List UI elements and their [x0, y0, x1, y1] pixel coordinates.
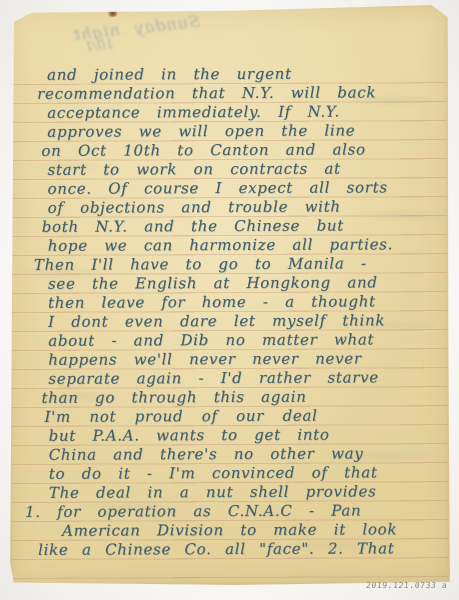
letter-line: recommendation that N.Y. will back: [20, 83, 438, 104]
bleed-through-date: Sunday night 10/1: [35, 12, 202, 61]
letter-line: 1. for operation as C.N.A.C - Pan: [22, 501, 440, 522]
scan-background: Sunday night 10/1 and joined in the urge…: [0, 0, 459, 600]
letter-line: than go through this again: [21, 387, 439, 408]
letter-line: and joined in the urgent: [20, 64, 438, 85]
letter-line: about - and Dib no matter what: [21, 330, 439, 351]
letter-line: once. Of course I expect all sorts: [20, 178, 438, 199]
letter-line: but P.A.A. wants to get into: [22, 425, 440, 446]
letter-line: American Division to make it look: [22, 520, 440, 541]
accession-number: 2019.121.0733 a: [366, 581, 448, 590]
letter-line: The deal in a nut shell provides: [22, 482, 440, 503]
letter-line: start to work on contracts at: [20, 159, 438, 180]
letter-line: then leave for home - a thought: [21, 292, 439, 313]
letter-line: see the English at Hongkong and: [21, 273, 439, 294]
paper-stain: [108, 9, 118, 17]
letter-body: and joined in the urgent recommendation …: [20, 64, 440, 560]
letter-line: of objections and trouble with: [21, 197, 439, 218]
bleed-date-number: 10/1: [36, 37, 114, 60]
letter-line: acceptance immediately. If N.Y.: [20, 102, 438, 123]
letter-paper: Sunday night 10/1 and joined in the urge…: [8, 5, 451, 586]
letter-line: Then I'll have to go to Manila -: [21, 254, 439, 275]
bleed-date-text: Sunday night: [35, 12, 201, 49]
letter-line: to do it - I'm convinced of that: [22, 463, 440, 484]
letter-line: on Oct 10th to Canton and also: [20, 140, 438, 161]
letter-line: China and there's no other way: [22, 444, 440, 465]
letter-line: I'm not proud of our deal: [21, 406, 439, 427]
letter-line: separate again - I'd rather starve: [21, 368, 439, 389]
letter-line: happens we'll never never never: [21, 349, 439, 370]
letter-line: I dont even dare let myself think: [21, 311, 439, 332]
letter-line: approves we will open the line: [20, 121, 438, 142]
letter-line: like a Chinese Co. all "face". 2. That: [22, 539, 440, 560]
letter-line: hope we can harmonize all parties.: [21, 235, 439, 256]
letter-line: both N.Y. and the Chinese but: [21, 216, 439, 237]
